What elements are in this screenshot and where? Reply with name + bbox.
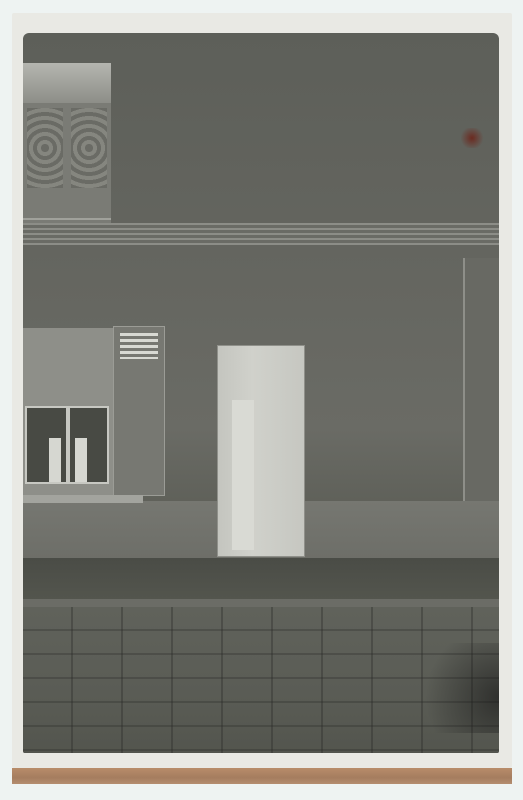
window-shutter (113, 326, 165, 496)
lower-window (23, 328, 113, 498)
negative-photo (23, 33, 499, 753)
tape-strip (12, 768, 512, 784)
upper-window (23, 63, 111, 223)
cornice (23, 223, 499, 245)
curb (23, 599, 499, 607)
window-sill (23, 495, 143, 503)
door (217, 345, 305, 557)
stain (459, 128, 485, 148)
